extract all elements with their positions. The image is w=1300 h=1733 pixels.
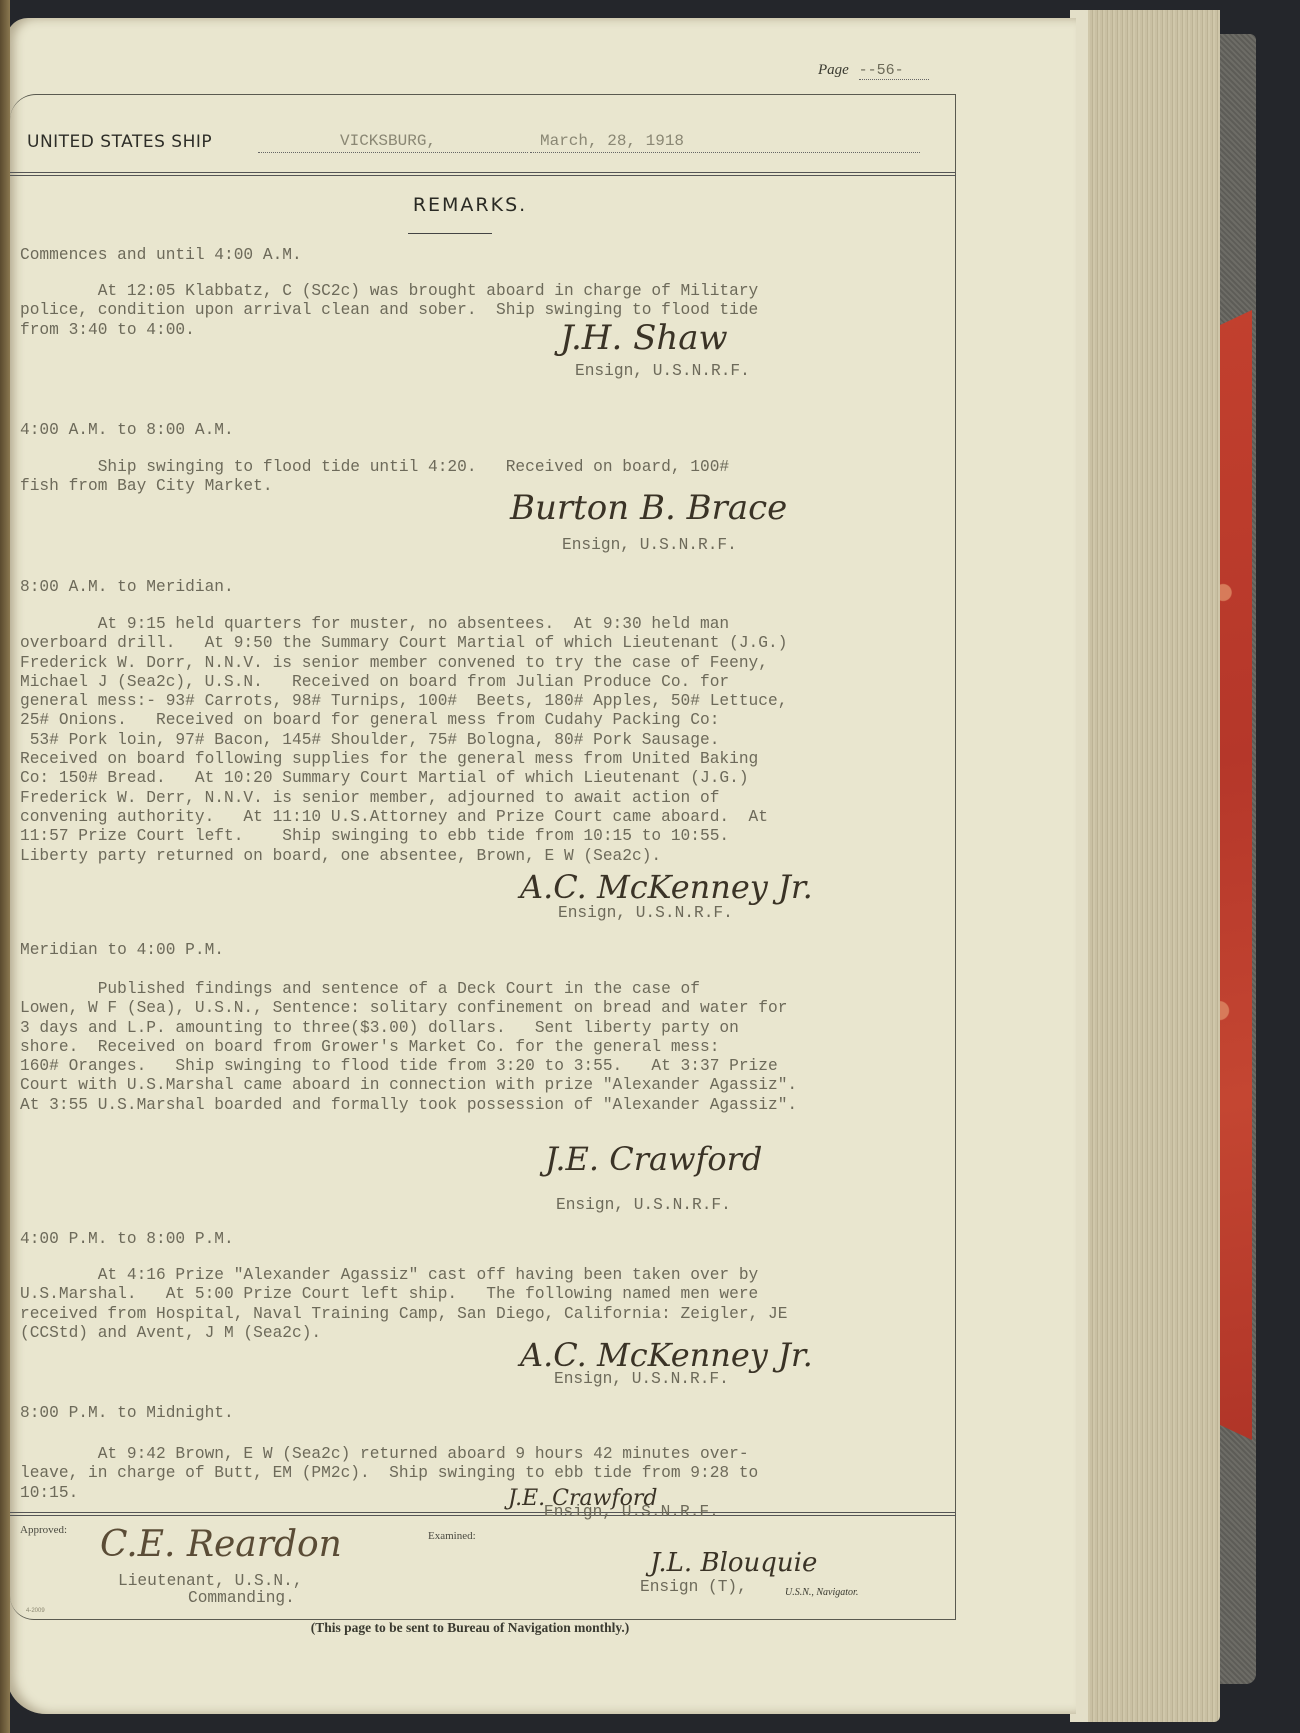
page-label: Page	[818, 62, 849, 78]
examined-role: U.S.N., Navigator.	[785, 1587, 858, 1598]
title-underline	[408, 233, 492, 234]
signature: J.E. Crawford	[545, 1140, 762, 1178]
footer-note: (This page to be sent to Bureau of Navig…	[0, 1620, 940, 1636]
approved-signature: C.E. Reardon	[100, 1524, 342, 1565]
watch-heading: Meridian to 4:00 P.M.	[20, 941, 224, 960]
watch-body: At 9:15 held quarters for muster, no abs…	[20, 615, 787, 866]
signature: Burton B. Brace	[510, 488, 787, 528]
ship-name: VICKSBURG,	[258, 132, 528, 153]
footer-rule	[10, 1512, 956, 1516]
watch-heading: 4:00 A.M. to 8:00 A.M.	[20, 421, 234, 440]
signature-rank: Ensign, U.S.N.R.F.	[544, 1503, 719, 1522]
ship-label: UNITED STATES SHIP	[27, 132, 212, 152]
approved-role: Commanding.	[188, 1589, 295, 1608]
signature: J.H. Shaw	[560, 318, 728, 358]
page-number: Page --56-	[818, 62, 929, 80]
form-number: 4-2009	[26, 1608, 45, 1614]
scanned-logbook: Page --56- UNITED STATES SHIP VICKSBURG,…	[0, 0, 1300, 1733]
watch-heading: 8:00 A.M. to Meridian.	[20, 578, 234, 597]
watch-heading: Commences and until 4:00 A.M.	[20, 246, 302, 265]
signature-rank: Ensign, U.S.N.R.F.	[556, 1196, 731, 1215]
spine-shadow	[0, 0, 10, 1733]
signature-rank: Ensign, U.S.N.R.F.	[554, 1370, 729, 1389]
book-page-edges	[1070, 10, 1220, 1722]
signature-rank: Ensign, U.S.N.R.F.	[575, 362, 750, 381]
examined-rank: Ensign (T),	[640, 1578, 747, 1597]
approved-label: Approved:	[20, 1524, 67, 1536]
watch-heading: 4:00 P.M. to 8:00 P.M.	[20, 1230, 234, 1249]
watch-body: At 4:16 Prize "Alexander Agassiz" cast o…	[20, 1266, 787, 1343]
signature-rank: Ensign, U.S.N.R.F.	[562, 536, 737, 555]
signature-rank: Ensign, U.S.N.R.F.	[558, 904, 733, 923]
watch-body: Published findings and sentence of a Dec…	[20, 980, 797, 1115]
section-title: REMARKS.	[0, 194, 940, 216]
watch-heading: 8:00 P.M. to Midnight.	[20, 1404, 234, 1423]
log-date: March, 28, 1918	[530, 132, 920, 153]
signature: A.C. McKenney Jr.	[520, 868, 813, 906]
page-number-value: --56-	[859, 62, 929, 80]
examined-label: Examined:	[428, 1530, 476, 1542]
header-rule	[10, 172, 956, 176]
signature: A.C. McKenney Jr.	[520, 1336, 813, 1374]
examined-signature: J.L. Blouquie	[650, 1548, 817, 1578]
